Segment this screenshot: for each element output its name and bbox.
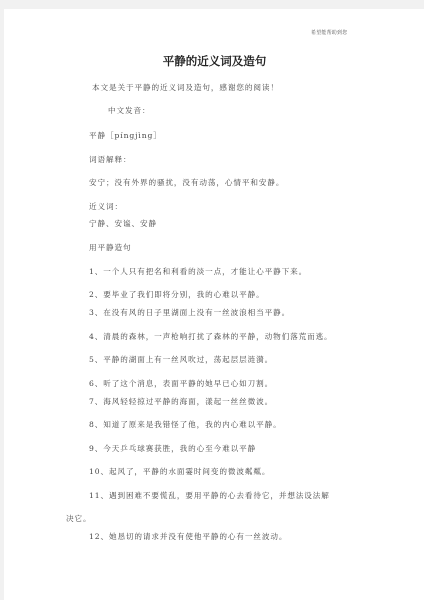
sentence-item: 8、知道了原来是我错怪了他，我的内心难以平静。 [89, 419, 282, 430]
sentence-item: 4、清晨的森林，一声枪响打扰了森林的平静，动物们落荒而逃。 [89, 331, 333, 342]
sentence-item: 12、她恳切的请求并没有使他平静的心有一丝波动。 [89, 531, 287, 542]
sentence-item: 5、平静的湖面上有一丝风吹过，荡起层层涟漪。 [89, 354, 273, 365]
synonyms-text: 宁静、安谧、安静 [89, 218, 157, 229]
definition-text: 安宁；没有外界的骚扰，没有动荡，心情平和安静。 [89, 177, 284, 188]
pronunciation-text: 平静［pínɡjìnɡ］ [89, 130, 162, 141]
sentence-item: 11、遇到困难不要慌乱，要用平静的心去看待它，并想法设法解 [89, 490, 330, 501]
sentence-item: 10、起风了，平静的水面霎时间变的微波粼粼。 [89, 466, 270, 477]
definition-label: 词语解释： [89, 154, 131, 165]
document-page [4, 9, 424, 600]
pronunciation-label: 中文发音： [108, 105, 150, 116]
header-note: 希望能帮助到您 [311, 29, 347, 36]
sentences-label: 用平静造句 [89, 242, 131, 253]
sentence-item: 7、海风轻轻掠过平静的海面，漾起一丝丝微波。 [89, 396, 273, 407]
sentence-item: 6、听了这个消息，表面平静的她早已心如刀割。 [89, 378, 273, 389]
sentence-item: 1、一个人只有把名和利看的淡一点，才能让心平静下来。 [89, 266, 307, 277]
document-title: 平静的近义词及造句 [0, 53, 424, 69]
sentence-item-continuation: 决它。 [66, 513, 91, 524]
intro-text: 本文是关于平静的近义词及造句，感谢您的阅读！ [92, 82, 279, 93]
sentence-item: 9、今天乒乓球赛获胜，我的心至今难以平静 [89, 443, 256, 454]
sentence-item: 2、要毕业了我们即将分别，我的心难以平静。 [89, 289, 265, 300]
sentence-item: 3、在没有风的日子里湖面上没有一丝波浪相当平静。 [89, 307, 290, 318]
synonyms-label: 近义词： [89, 201, 123, 212]
